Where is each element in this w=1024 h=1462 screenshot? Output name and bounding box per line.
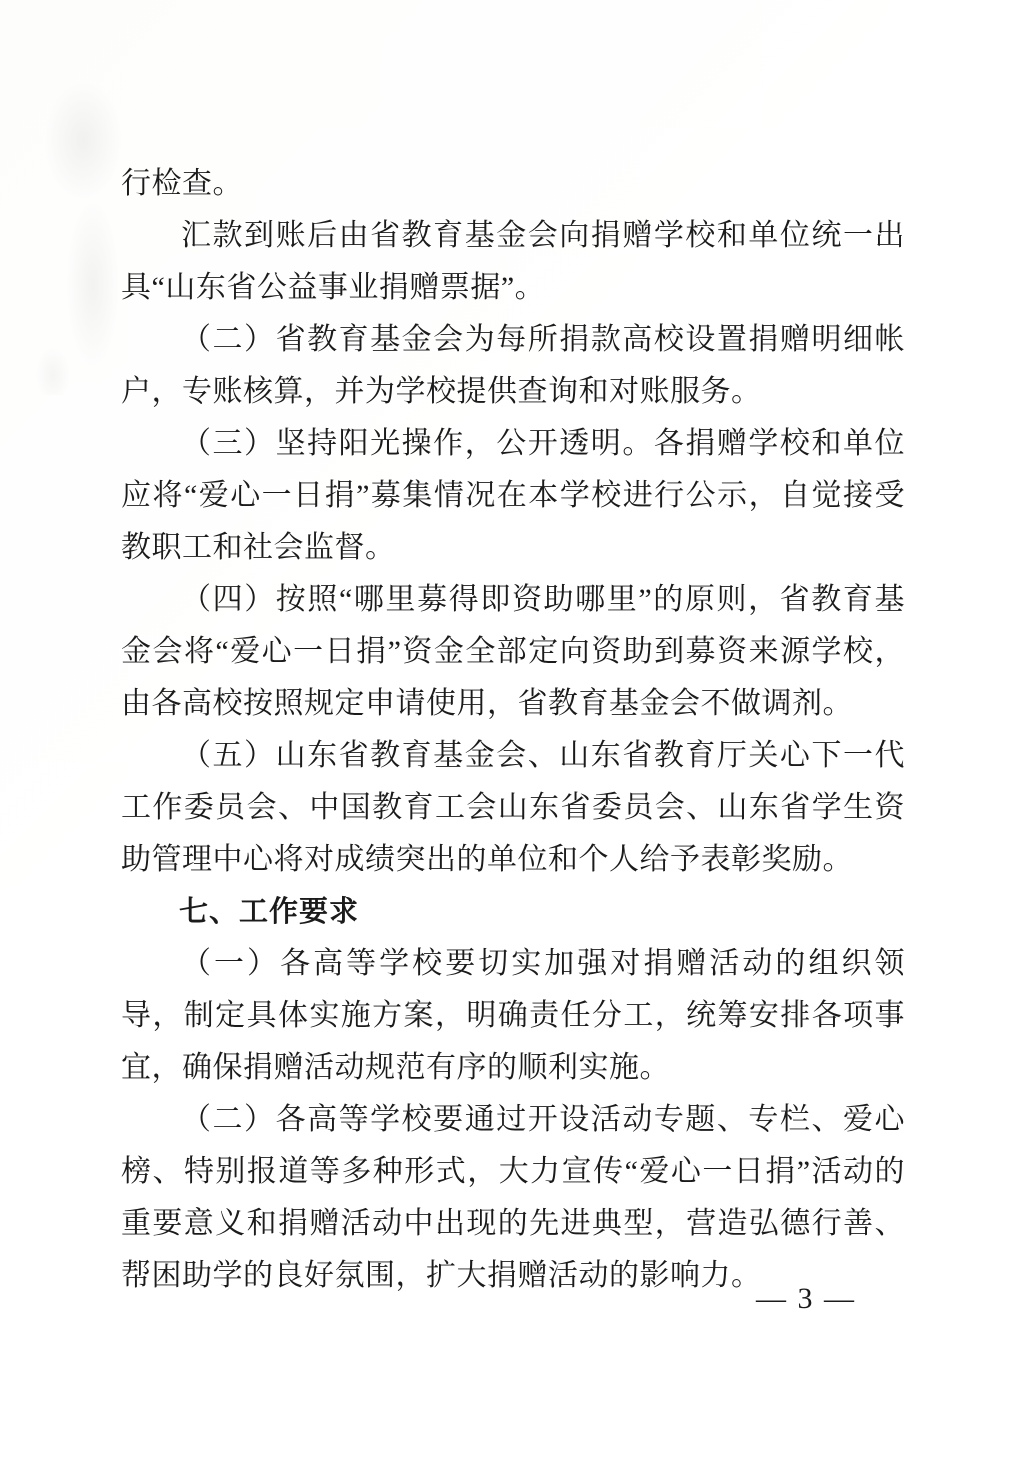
page-number: — 3 —	[756, 1282, 856, 1316]
paragraph-continuation: 行检查。	[121, 158, 905, 210]
paragraph-requirement-2: （二）各高等学校要通过开设活动专题、专栏、爱心榜、特别报道等多种形式，大力宣传“…	[121, 1094, 905, 1302]
section-heading-work-requirements: 七、工作要求	[121, 886, 905, 938]
paragraph-remittance-receipt: 汇款到账后由省教育基金会向捐赠学校和单位统一出具“山东省公益事业捐赠票据”。	[121, 210, 905, 314]
paragraph-item-5: （五）山东省教育基金会、山东省教育厅关心下一代工作委员会、中国教育工会山东省委员…	[121, 730, 905, 886]
paragraph-item-2: （二）省教育基金会为每所捐款高校设置捐赠明细帐户，专账核算，并为学校提供查询和对…	[121, 314, 905, 418]
document-body: 行检查。 汇款到账后由省教育基金会向捐赠学校和单位统一出具“山东省公益事业捐赠票…	[121, 158, 905, 1302]
paragraph-item-4: （四）按照“哪里募得即资助哪里”的原则，省教育基金会将“爱心一日捐”资金全部定向…	[121, 574, 905, 730]
paragraph-item-3: （三）坚持阳光操作，公开透明。各捐赠学校和单位应将“爱心一日捐”募集情况在本学校…	[121, 418, 905, 574]
document-page: 行检查。 汇款到账后由省教育基金会向捐赠学校和单位统一出具“山东省公益事业捐赠票…	[0, 0, 1024, 1462]
paragraph-requirement-1: （一）各高等学校要切实加强对捐赠活动的组织领导，制定具体实施方案，明确责任分工，…	[121, 938, 905, 1094]
